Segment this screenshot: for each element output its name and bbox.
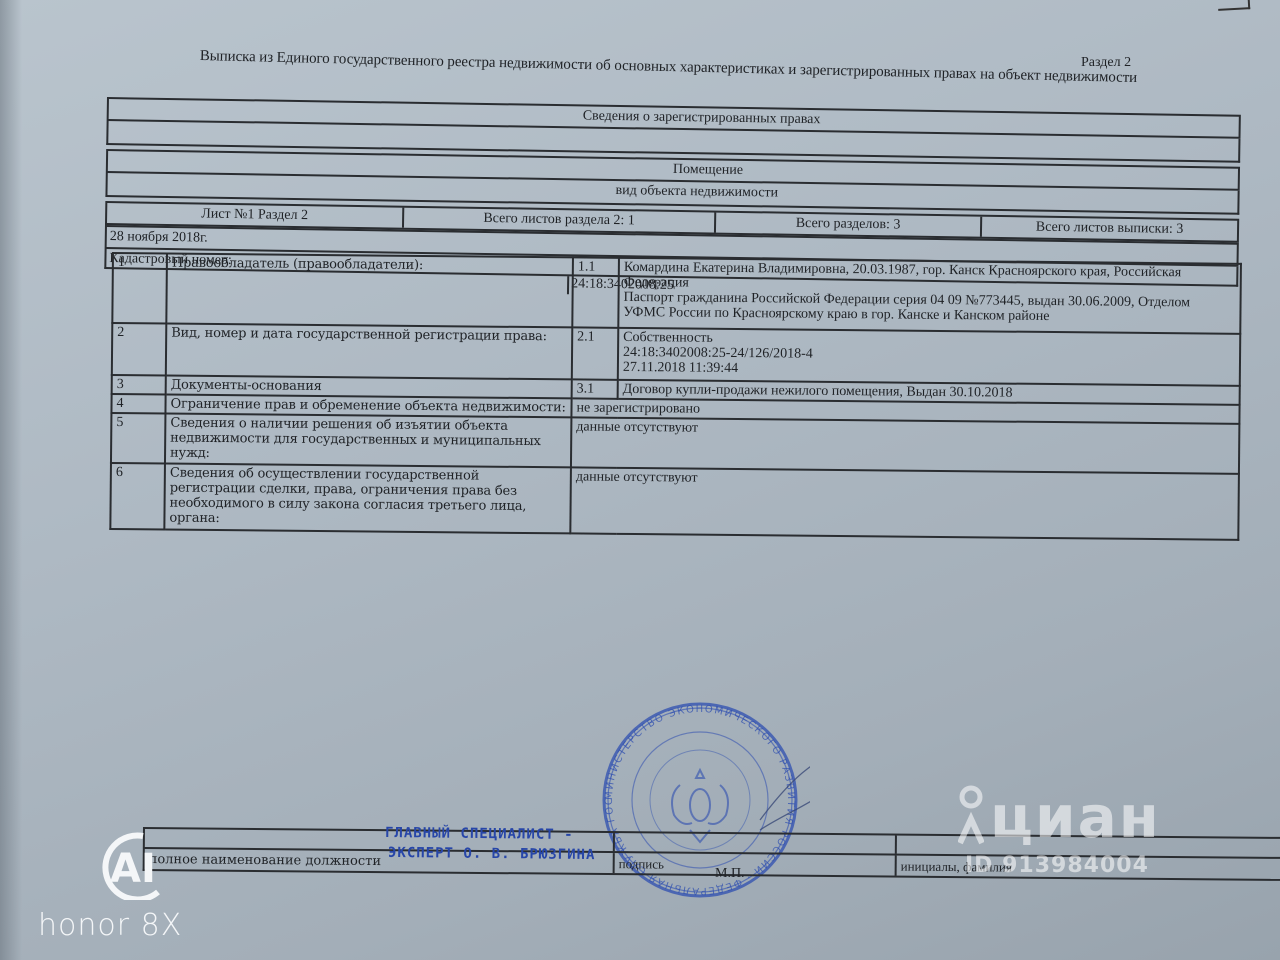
camera-brand: honor 8X <box>38 908 182 943</box>
total-sections: Всего разделов: 3 <box>716 213 982 237</box>
row-number: 4 <box>111 394 165 414</box>
object-type: Помещение <box>673 162 743 179</box>
row-number: 5 <box>111 413 165 464</box>
row-label: Сведения об осуществлении государственно… <box>164 464 571 534</box>
seal-caption: М.П. <box>715 866 745 882</box>
row-value: данные отсутствуют <box>570 467 1239 539</box>
subtitle: Сведения о зарегистрированных правах <box>583 108 821 128</box>
total-sheets-section: Всего листов раздела 2: 1 <box>404 208 716 233</box>
row-number: 6 <box>110 463 165 530</box>
sheet-number: Лист №1 Раздел 2 <box>107 203 404 228</box>
row-label: Правообладатель (правообладатели): <box>166 254 573 328</box>
document-title: Выписка из Единого государственного реес… <box>200 48 1138 87</box>
document-date: 28 ноября 2018г. <box>110 229 208 247</box>
row-subnumber: 3.1 <box>572 379 618 398</box>
signature-caption: подпись <box>615 853 897 875</box>
rights-table: 1Правообладатель (правообладатели):1.1Ко… <box>109 252 1242 541</box>
row-subnumber: 2.1 <box>572 327 618 379</box>
ai-camera-icon: AI <box>88 830 188 900</box>
row-number: 1 <box>112 253 167 324</box>
row-value: Комардина Екатерина Владимировна, 20.03.… <box>618 258 1241 334</box>
listing-id: ID 913984004 <box>965 853 1149 878</box>
row-number: 3 <box>112 375 166 395</box>
row-number: 2 <box>112 323 166 376</box>
row-label: Сведения о наличии решения об изъятии об… <box>165 414 571 468</box>
position-stamp-line1: ГЛАВНЫЙ СПЕЦИАЛИСТ - <box>385 825 574 843</box>
paper-edge-shadow <box>0 0 22 960</box>
row-value: данные отсутствуют <box>571 417 1239 473</box>
location-pin-icon <box>958 785 984 845</box>
object-type-caption: вид объекта недвижимости <box>615 183 778 202</box>
row-value: Собственность24:18:3402008:25-24/126/201… <box>618 328 1240 386</box>
corner-mark <box>1218 0 1250 11</box>
table-row: 1Правообладатель (правообладатели):1.1Ко… <box>112 253 1241 334</box>
position-stamp-line2: ЭКСПЕРТ О. В. БРЮЗГИНА <box>388 845 596 863</box>
total-sheets-extract: Всего листов выписки: 3 <box>982 217 1237 241</box>
section-label: Раздел 2 <box>1081 55 1131 71</box>
svg-text:AI: AI <box>110 846 156 892</box>
table-row: 6Сведения об осуществлении государственн… <box>110 463 1239 540</box>
cian-logo: циан <box>990 783 1161 851</box>
row-subnumber: 1.1 <box>572 257 619 327</box>
row-label: Вид, номер и дата государственной регист… <box>166 324 572 380</box>
